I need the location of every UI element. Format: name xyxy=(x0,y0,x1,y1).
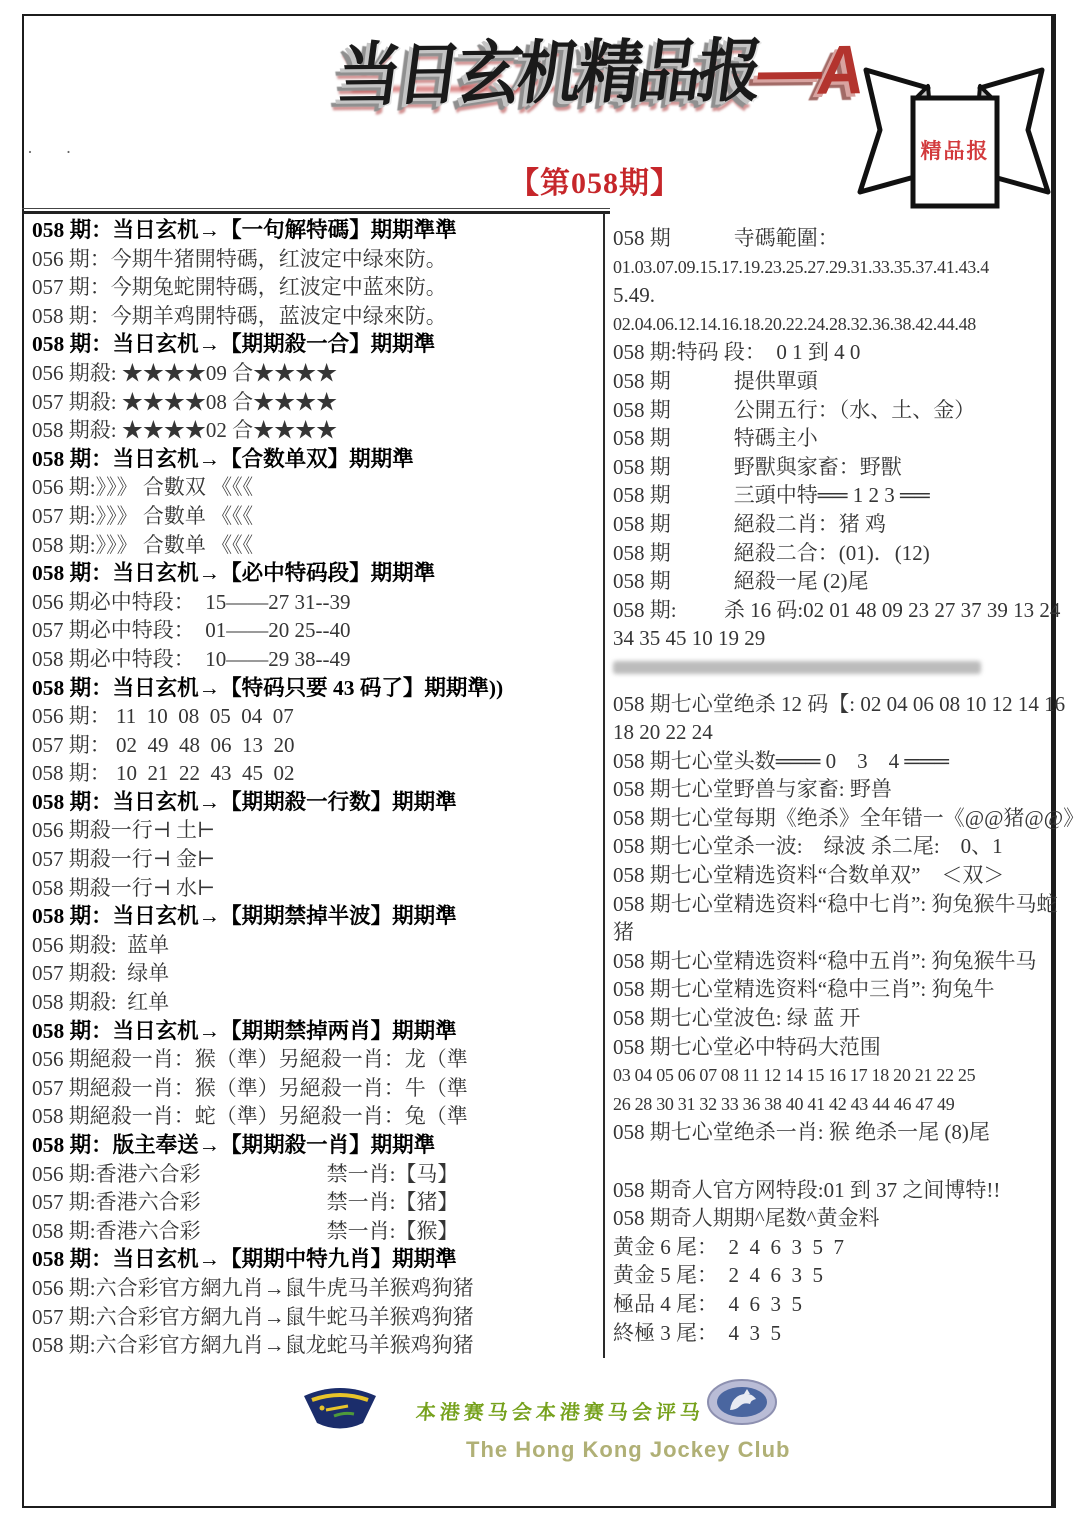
left-column: 058 期：当日玄机→【一句解特碼】期期準準056 期：今期牛猪開特碼，红波定中… xyxy=(32,216,604,1360)
text-line: 058 期七心堂绝杀一肖: 猴 绝杀一尾 (8)尾 xyxy=(613,1118,1051,1147)
text-line: 058 期絕殺一肖：蛇（準）另絕殺一肖：兔（準 xyxy=(32,1102,604,1131)
text-line: 057 期:香港六合彩 禁一肖:【猪】 xyxy=(32,1188,604,1217)
text-line: 058 期七心堂精选资料“稳中三肖”: 狗兔牛 xyxy=(613,975,1051,1004)
text-line: 極品 4 尾： 4 6 3 5 xyxy=(613,1290,1051,1319)
text-line: 057 期：今期兔蛇開特碼，红波定中蓝來防。 xyxy=(32,273,604,302)
text-line: 056 期殺: 蓝单 xyxy=(32,931,604,960)
page-title: 当日玄机精品报—A xyxy=(331,14,906,128)
text-line: 終極 3 尾： 4 3 5 xyxy=(613,1319,1051,1348)
text-line: 058 期:》》》 合數单 《《《 xyxy=(32,531,604,560)
text-line: 02.04.06.12.14.16.18.20.22.24.28.32.36.3… xyxy=(613,310,1051,339)
text-line: 058 期：当日玄机→【期期禁掉两肖】期期準 xyxy=(32,1017,604,1046)
text-line: 056 期必中特段： 15——27 31--39 xyxy=(32,588,604,617)
text-line: 057 期必中特段： 01——20 25--40 xyxy=(32,616,604,645)
text-line: 057 期殺: 绿单 xyxy=(32,959,604,988)
text-line: 058 期七心堂精选资料“合数单双” ＜双＞ xyxy=(613,861,1051,890)
text-line: 058 期：当日玄机→【期期中特九肖】期期準 xyxy=(32,1245,604,1274)
text-line: 058 期七心堂每期《绝杀》全年错一《@@猪@@》 xyxy=(613,804,1051,833)
text-line: 058 期：当日玄机→【必中特码段】期期準 xyxy=(32,559,604,588)
ribbon-badge-icon: 精品报 xyxy=(856,62,1051,212)
text-line: 058 期奇人官方网特段:01 到 37 之间博特!! xyxy=(613,1176,1051,1205)
text-line: 058 期殺一行⊣ 水⊢ xyxy=(32,874,604,903)
text-line: 058 期七心堂绝杀 12 码【: 02 04 06 08 10 12 14 1… xyxy=(613,690,1051,719)
page: 当日玄机精品报—A · · 【第058期】 精品报 058 期：当日玄机→【一句… xyxy=(0,0,1080,1527)
text-line: 058 期 絕殺一尾 (2)尾 xyxy=(613,567,1051,596)
text-line: 058 期 絕殺二合：(01)．(12) xyxy=(613,539,1051,568)
text-line: 03 04 05 06 07 08 11 12 14 15 16 17 18 2… xyxy=(613,1061,1051,1090)
text-line: 058 期七心堂杀一波: 绿波 杀二尾: 0、1 xyxy=(613,832,1051,861)
text-line: 26 28 30 31 32 33 36 38 40 41 42 43 44 4… xyxy=(613,1090,1051,1119)
text-line: 5.49. xyxy=(613,281,1051,310)
text-line: 058 期殺: ★★★★02 合★★★★ xyxy=(32,416,604,445)
right-column: 058 期 寺碼範圍：01.03.07.09.15.17.19.23.25.27… xyxy=(613,224,1051,1347)
text-line: 058 期 特碼主小 xyxy=(613,424,1051,453)
text-line: 058 期七心堂野兽与家畜: 野兽 xyxy=(613,775,1051,804)
text-line: 058 期七心堂精选资料“稳中七肖”: 狗兔猴牛马蛇 xyxy=(613,890,1051,919)
text-line: 056 期殺一行⊣ 土⊢ xyxy=(32,816,604,845)
text-line: 056 期殺: ★★★★09 合★★★★ xyxy=(32,359,604,388)
text-line: 058 期：当日玄机→【合数单双】期期準 xyxy=(32,445,604,474)
text-line: 056 期:》》》 合數双 《《《 xyxy=(32,473,604,502)
text-line: 058 期 提供單頭 xyxy=(613,367,1051,396)
text-line: 058 期七心堂波色: 绿 蓝 开 xyxy=(613,1004,1051,1033)
text-line: 056 期:六合彩官方網九肖→鼠牛虎马羊猴鸡狗猪 xyxy=(32,1274,604,1303)
text-line: 34 35 45 10 19 29 xyxy=(613,624,1051,653)
text-line: 058 期:六合彩官方網九肖→鼠龙蛇马羊猴鸡狗猪 xyxy=(32,1331,604,1360)
text-line: 056 期:香港六合彩 禁一肖:【马】 xyxy=(32,1160,604,1189)
text-line: 058 期 絕殺二肖：猪 鸡 xyxy=(613,510,1051,539)
header-rule-thin xyxy=(22,208,610,209)
text-line: 058 期七心堂必中特码大范围 xyxy=(613,1033,1051,1062)
bowl-logo-icon xyxy=(300,1386,380,1434)
text-line: 058 期奇人期期^尾数^黄金料 xyxy=(613,1204,1051,1233)
text-line: 黄金 5 尾： 2 4 6 3 5 xyxy=(613,1261,1051,1290)
text-line: 058 期： 10 21 22 43 45 02 xyxy=(32,759,604,788)
jockey-club-logo-icon xyxy=(706,1378,778,1428)
text-line: 056 期絕殺一肖：猴（準）另絕殺一肖：龙（準 xyxy=(32,1045,604,1074)
text-line: 058 期：当日玄机→【期期殺一行数】期期準 xyxy=(32,788,604,817)
footer-english-text: The Hong Kong Jockey Club xyxy=(466,1437,790,1463)
text-line: 057 期絕殺一肖：猴（準）另絕殺一肖：牛（準 xyxy=(32,1074,604,1103)
text-line: 058 期:特码 段： 0 1 到 4 0 xyxy=(613,338,1051,367)
text-line: 058 期 三頭中特══ 1 2 3 ══ xyxy=(613,481,1051,510)
text-line: 057 期:》》》 合數单 《《《 xyxy=(32,502,604,531)
text-line: 058 期：当日玄机→【期期殺一合】期期準 xyxy=(32,330,604,359)
text-line: 058 期：版主奉送→【期期殺一肖】期期準 xyxy=(32,1131,604,1160)
issue-label: 【第058期】 xyxy=(470,158,720,202)
text-line: 058 期殺: 红单 xyxy=(32,988,604,1017)
text-line: 058 期七心堂精选资料“稳中五肖”: 狗兔猴牛马 xyxy=(613,947,1051,976)
title-accent: —A xyxy=(753,31,865,110)
text-line: 01.03.07.09.15.17.19.23.25.27.29.31.33.3… xyxy=(613,253,1051,282)
text-line: 057 期殺: ★★★★08 合★★★★ xyxy=(32,388,604,417)
ribbon-label: 精品报 xyxy=(921,139,990,163)
text-line: 18 20 22 24 xyxy=(613,718,1051,747)
text-line: 056 期：今期牛猪開特碼，红波定中绿來防。 xyxy=(32,245,604,274)
text-line: 058 期 公開五行：（水、土、金） xyxy=(613,396,1051,425)
text-line: 058 期必中特段： 10——29 38--49 xyxy=(32,645,604,674)
text-line: 058 期: 杀 16 码:02 01 48 09 23 27 37 39 13… xyxy=(613,596,1051,625)
text-line: 057 期:六合彩官方網九肖→鼠牛蛇马羊猴鸡狗猪 xyxy=(32,1303,604,1332)
text-line: 058 期：当日玄机→【期期禁掉半波】期期準 xyxy=(32,902,604,931)
text-line: 猪 xyxy=(613,918,1051,947)
text-line: 057 期： 02 49 48 06 13 20 xyxy=(32,731,604,760)
margin-dots: · · xyxy=(27,142,86,163)
text-line: 057 期殺一行⊣ 金⊢ xyxy=(32,845,604,874)
text-line: 黄金 6 尾： 2 4 6 3 5 7 xyxy=(613,1233,1051,1262)
text-line: 058 期七心堂头数═══ 0 3 4 ═══ xyxy=(613,747,1051,776)
footer-stylized-text: 本港赛马会本港赛马会评马 xyxy=(415,1396,677,1425)
text-line: 058 期 寺碼範圍： xyxy=(613,224,1051,253)
title-main: 当日玄机精品报 xyxy=(333,32,764,114)
text-line: 056 期： 11 10 08 05 04 07 xyxy=(32,702,604,731)
text-line xyxy=(613,1147,1051,1176)
text-line: 058 期：当日玄机→【特码只要 43 码了】期期準)) xyxy=(32,674,604,703)
text-line: 058 期 野獸與家畜：野獸 xyxy=(613,453,1051,482)
header-rule xyxy=(22,211,610,214)
text-line: 058 期:香港六合彩 禁一肖:【猴】 xyxy=(32,1217,604,1246)
text-line: 058 期：当日玄机→【一句解特碼】期期準準 xyxy=(32,216,604,245)
text-line: 058 期：今期羊鸡開特碼，蓝波定中绿來防。 xyxy=(32,302,604,331)
smudged-line xyxy=(613,661,1051,690)
